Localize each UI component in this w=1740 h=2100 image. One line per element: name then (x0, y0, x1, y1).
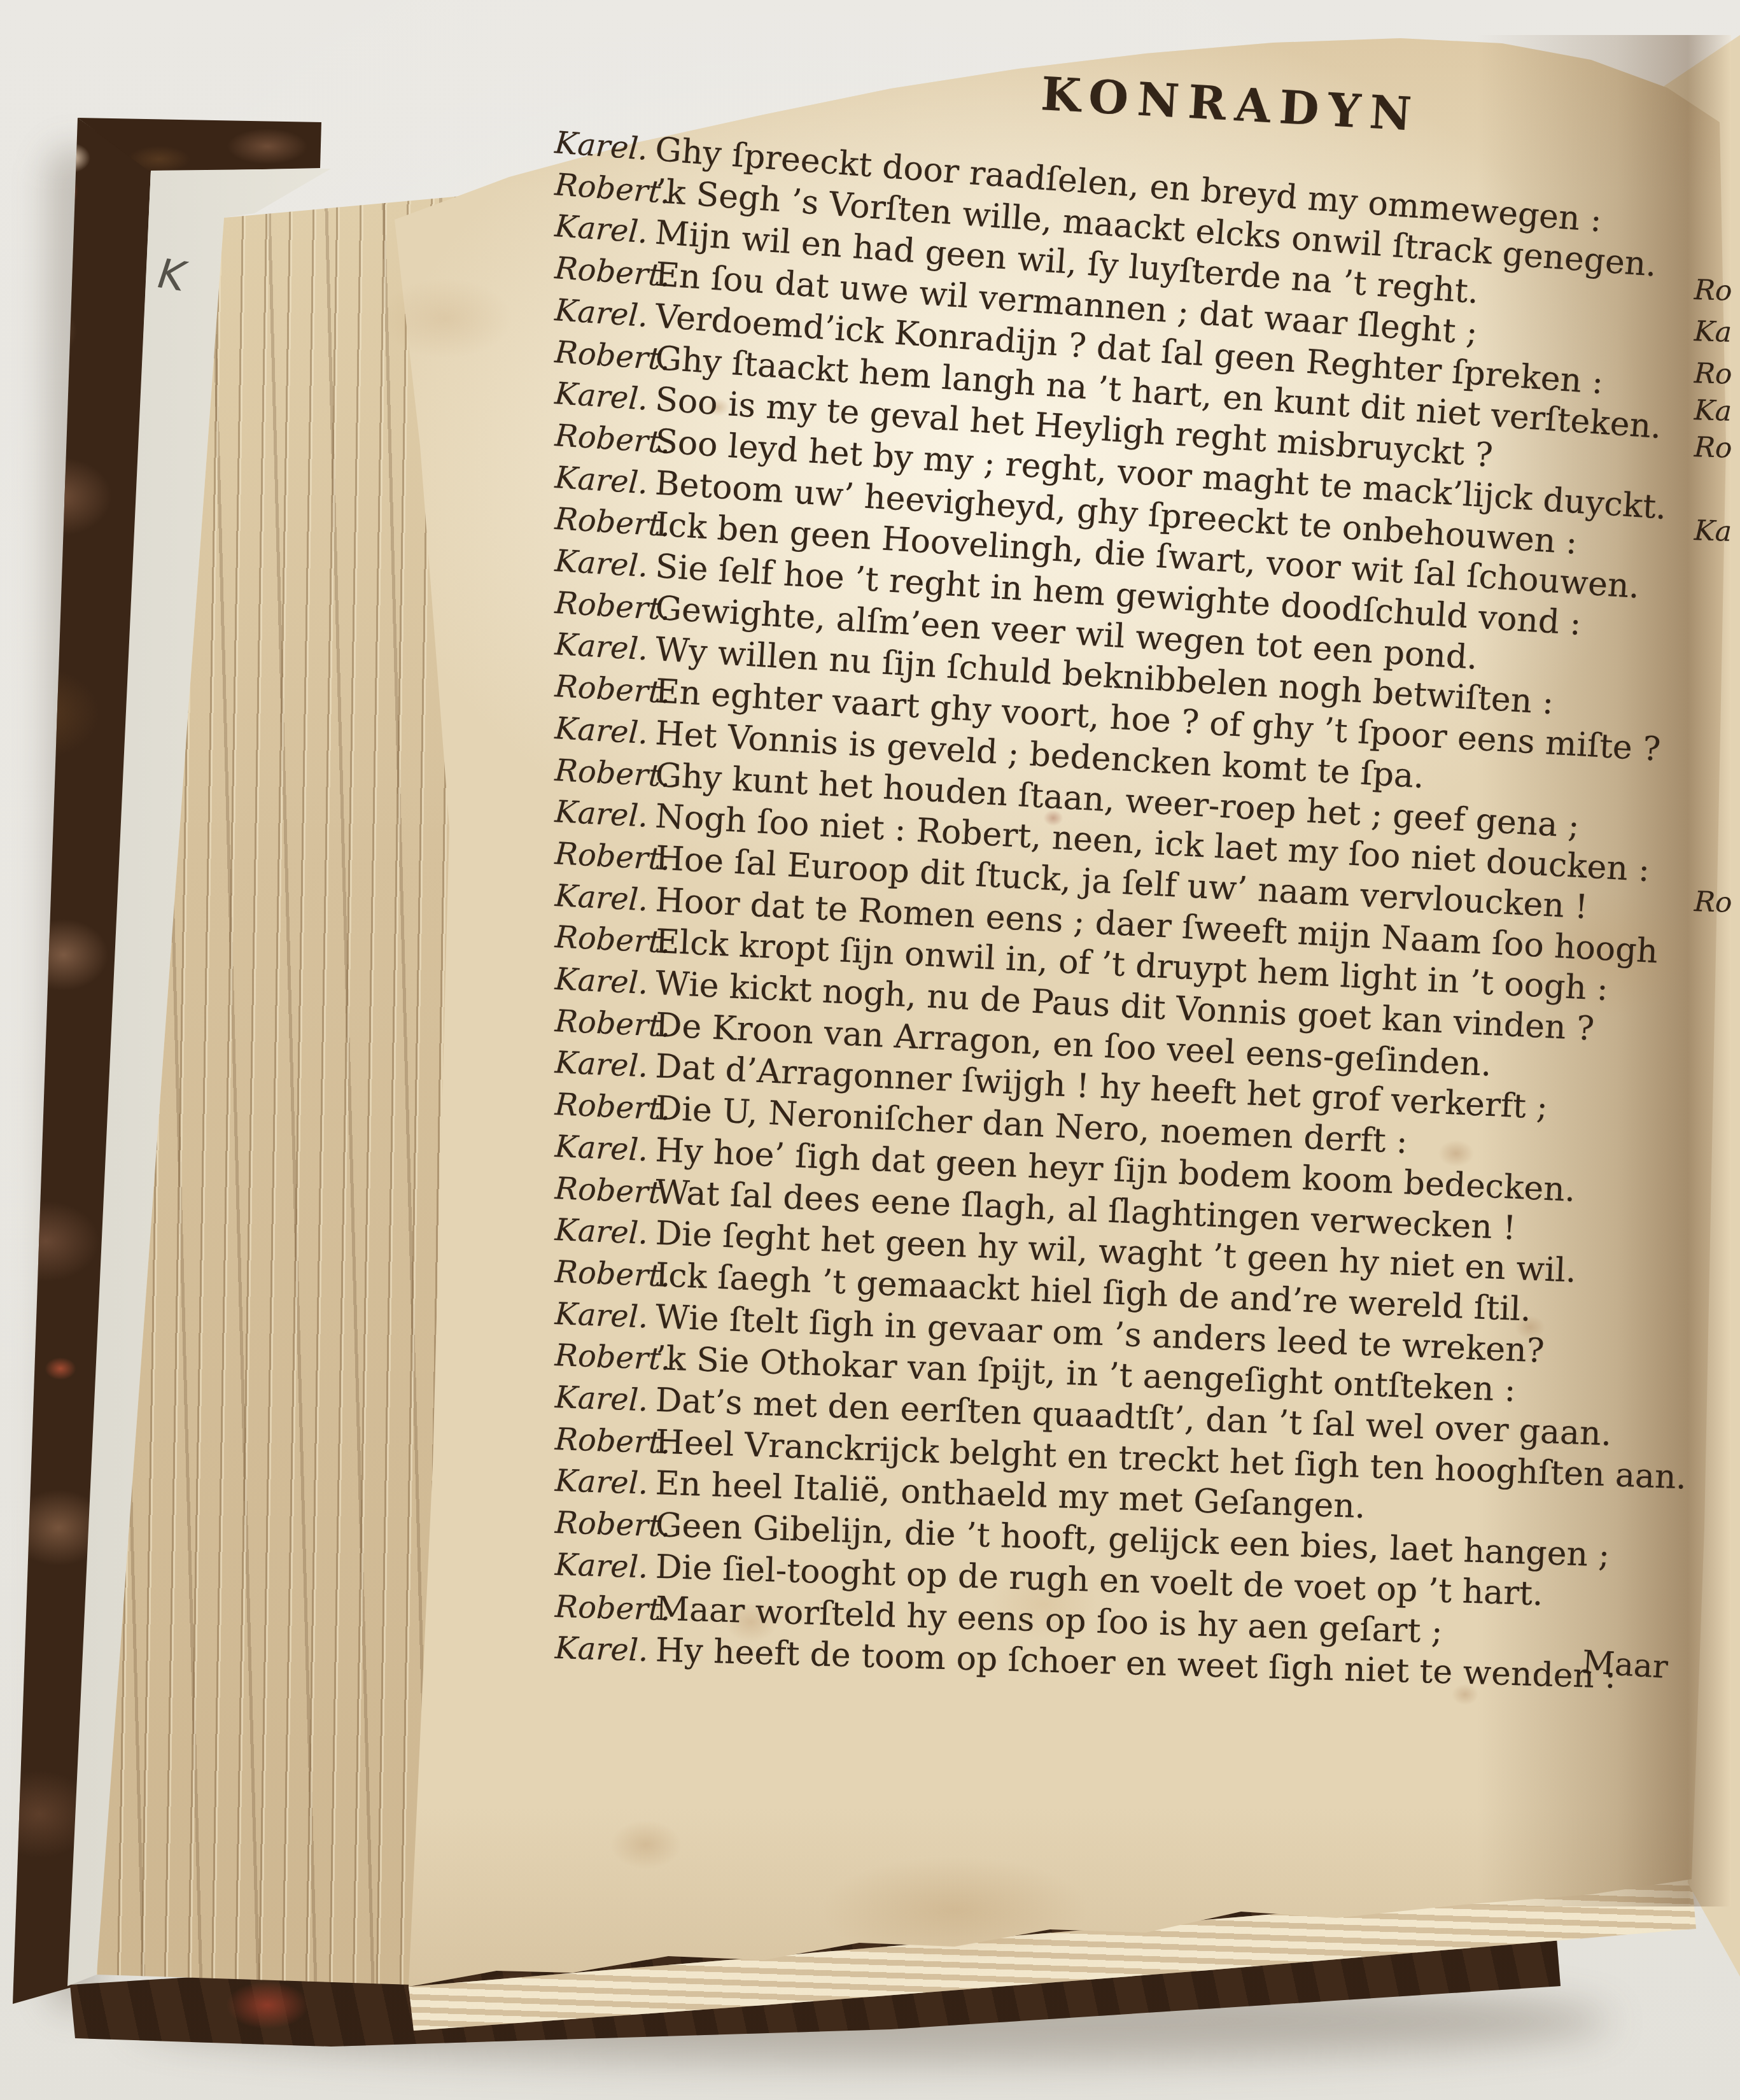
speaker-label: Robert. (554, 1254, 656, 1293)
speaker-label: Karel. (554, 1379, 656, 1419)
speaker-label: Karel. (554, 376, 656, 418)
speaker-label: Karel. (554, 794, 656, 835)
photo-of-open-book: KONRADYN Karel.Ghy ſpreeckt door raadſel… (0, 0, 1740, 2100)
speaker-label: Robert. (554, 1421, 656, 1460)
speaker-label: Karel. (554, 1212, 656, 1251)
speaker-label: Robert. (554, 418, 656, 460)
facing-speaker-fragment: Ro (1694, 885, 1732, 919)
facing-speaker-fragment: Ka (1694, 514, 1732, 548)
speaker-label: Robert. (554, 250, 657, 293)
speaker-label: Karel. (554, 1463, 656, 1502)
speaker-label: Robert. (554, 836, 656, 877)
speaker-label: Robert. (554, 752, 656, 794)
speaker-label: Karel. (554, 710, 656, 752)
speaker-label: Karel. (554, 1045, 656, 1085)
speaker-label: Robert. (554, 1003, 656, 1043)
speaker-label: Robert. (554, 1171, 656, 1211)
speaker-label: Robert. (554, 919, 657, 960)
speaker-label: Robert. (554, 501, 656, 543)
facing-speaker-fragment: Ro (1694, 357, 1732, 391)
catchword: Maar (1581, 1644, 1669, 1686)
speaker-label: Karel. (554, 878, 657, 919)
speaker-label: Robert. (554, 585, 656, 626)
speaker-label: Robert. (554, 1337, 656, 1377)
speaker-label: Karel. (554, 961, 657, 1002)
speaker-label: Robert. (554, 1087, 656, 1127)
speaker-label: Karel. (554, 1630, 656, 1668)
speaker-label: Robert. (554, 167, 657, 209)
speaker-label: Karel. (554, 1129, 656, 1169)
speaker-label: Robert. (554, 334, 656, 377)
speaker-label: Karel. (554, 292, 657, 335)
speaker-label: Karel. (554, 543, 656, 585)
speaker-label: Karel. (554, 1296, 656, 1335)
speaker-label: Robert. (554, 1589, 656, 1628)
speaker-label: Karel. (554, 125, 657, 168)
facing-speaker-fragment: Ka (1694, 315, 1732, 349)
facing-speaker-fragment: Ro (1694, 274, 1732, 307)
speaker-label: Robert. (554, 1505, 656, 1544)
speaker-label: Karel. (554, 626, 656, 668)
speaker-label: Robert. (554, 668, 656, 710)
speaker-label: Karel. (554, 1547, 656, 1586)
facing-speaker-fragment: Ro (1694, 431, 1732, 465)
speaker-label: Karel. (554, 460, 656, 502)
speaker-label: Karel. (554, 208, 657, 251)
facing-speaker-fragment: Ka (1694, 394, 1732, 428)
